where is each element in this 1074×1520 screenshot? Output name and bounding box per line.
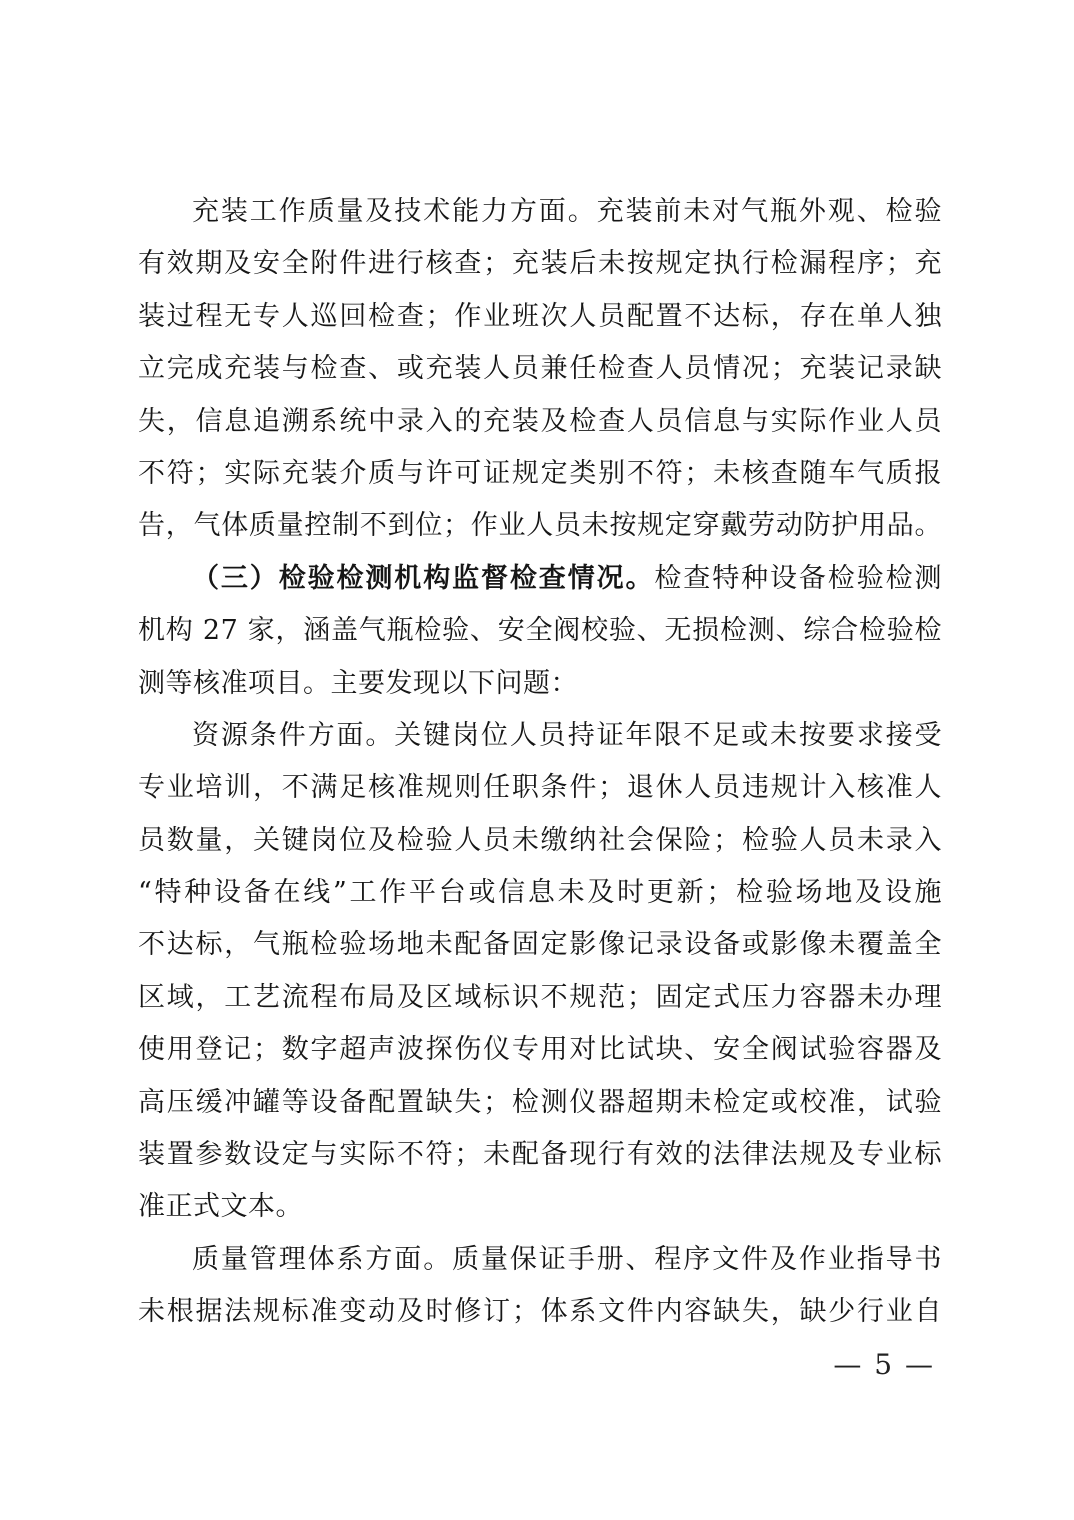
page-body: 充装工作质量及技术能力方面。充装前未对气瓶外观、检验 有效期及安全附件进行核查；… [138,186,942,1339]
paragraph-filling-quality: 充装工作质量及技术能力方面。充装前未对气瓶外观、检验 有效期及安全附件进行核查；… [138,186,942,553]
text-line: 使用登记；数字超声波探伤仪专用对比试块、安全阀试验容器及 [138,1024,942,1076]
text-line: 机构 27 家，涵盖气瓶检验、安全阀校验、无损检测、综合检验检 [138,605,942,657]
paragraph-inspection-agencies: （三）检验检测机构监督检查情况。检查特种设备检验检测 机构 27 家，涵盖气瓶检… [138,553,942,710]
text-line: 装过程无专人巡回检查；作业班次人员配置不达标，存在单人独 [138,291,942,343]
text-line: 充装工作质量及技术能力方面。充装前未对气瓶外观、检验 [138,186,942,238]
text-line: 区域，工艺流程布局及区域标识不规范；固定式压力容器未办理 [138,972,942,1024]
text-line: 立完成充装与检查、或充装人员兼任检查人员情况；充装记录缺 [138,343,942,395]
text-line: 装置参数设定与实际不符；未配备现行有效的法律法规及专业标 [138,1129,942,1181]
text-line: （三）检验检测机构监督检查情况。检查特种设备检验检测 [138,553,942,605]
page-number: — 5 — [833,1348,935,1382]
text-line: 测等核准项目。主要发现以下问题： [138,658,942,710]
text-line: 准正式文本。 [138,1181,942,1233]
section-heading-3: （三）检验检测机构监督检查情况。 [192,563,654,594]
text-line: 不达标，气瓶检验场地未配备固定影像记录设备或影像未覆盖全 [138,919,942,971]
text-line: 资源条件方面。关键岗位人员持证年限不足或未按要求接受 [138,710,942,762]
paragraph-resource-conditions: 资源条件方面。关键岗位人员持证年限不足或未按要求接受 专业培训，不满足核准规则任… [138,710,942,1234]
paragraph-quality-system: 质量管理体系方面。质量保证手册、程序文件及作业指导书 未根据法规标准变动及时修订… [138,1234,942,1339]
text-line: 员数量，关键岗位及检验人员未缴纳社会保险；检验人员未录入 [138,815,942,867]
text-line: 失，信息追溯系统中录入的充装及检查人员信息与实际作业人员 [138,396,942,448]
text-line: 未根据法规标准变动及时修订；体系文件内容缺失，缺少行业自 [138,1286,942,1338]
text-line: 告，气体质量控制不到位；作业人员未按规定穿戴劳动防护用品。 [138,500,942,552]
text-line: 质量管理体系方面。质量保证手册、程序文件及作业指导书 [138,1234,942,1286]
text-line: 专业培训，不满足核准规则任职条件；退休人员违规计入核准人 [138,762,942,814]
section-heading-rest: 检查特种设备检验检测 [654,563,942,594]
document-page: 充装工作质量及技术能力方面。充装前未对气瓶外观、检验 有效期及安全附件进行核查；… [0,0,1074,1520]
text-line: 不符；实际充装介质与许可证规定类别不符；未核查随车气质报 [138,448,942,500]
text-line: “特种设备在线”工作平台或信息未及时更新；检验场地及设施 [138,867,942,919]
text-line: 高压缓冲罐等设备配置缺失；检测仪器超期未检定或校准，试验 [138,1077,942,1129]
text-line: 有效期及安全附件进行核查；充装后未按规定执行检漏程序；充 [138,238,942,290]
